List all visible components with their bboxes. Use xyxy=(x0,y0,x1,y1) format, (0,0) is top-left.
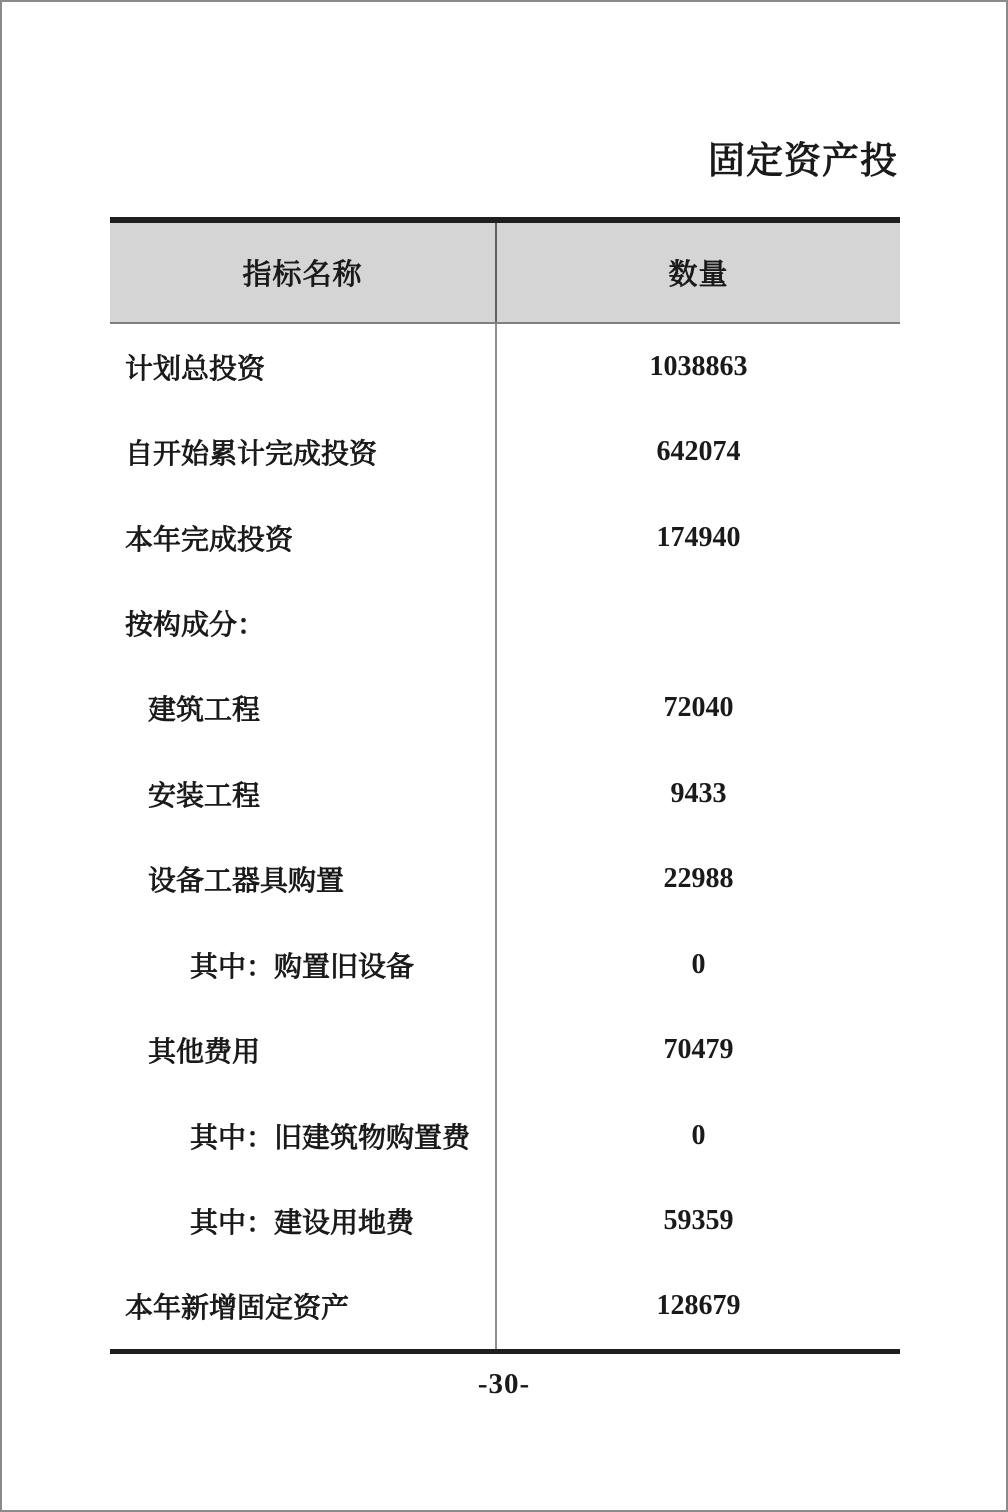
row-label: 本年完成投资 xyxy=(110,495,497,580)
statistics-table: 指标名称 数量 计划总投资 1038863 自开始累计完成投资 642074 本… xyxy=(110,217,900,1354)
page-number: -30- xyxy=(2,1368,1006,1401)
row-label: 其中：购置旧设备 xyxy=(110,922,497,1007)
table-row: 其中：建设用地费 59359 xyxy=(110,1178,900,1263)
document-page: 固定资产投 指标名称 数量 计划总投资 1038863 自开始累计完成投资 64… xyxy=(0,0,1008,1512)
row-label: 自开始累计完成投资 xyxy=(110,409,497,494)
column-header-indicator-name: 指标名称 xyxy=(110,223,497,322)
row-label: 其中：旧建筑物购置费 xyxy=(110,1093,497,1178)
row-label: 安装工程 xyxy=(110,751,497,836)
row-value: 642074 xyxy=(497,409,900,494)
table-row: 计划总投资 1038863 xyxy=(110,324,900,409)
table-row: 自开始累计完成投资 642074 xyxy=(110,409,900,494)
page-title: 固定资产投 xyxy=(708,138,898,186)
row-value: 1038863 xyxy=(497,324,900,409)
row-label: 其中：建设用地费 xyxy=(110,1178,497,1263)
row-value: 9433 xyxy=(497,751,900,836)
row-label: 按构成分： xyxy=(110,580,497,665)
row-value xyxy=(497,580,900,665)
row-value: 70479 xyxy=(497,1007,900,1092)
row-label: 设备工器具购置 xyxy=(110,837,497,922)
table-row: 本年新增固定资产 128679 xyxy=(110,1264,900,1349)
table-row: 建筑工程 72040 xyxy=(110,666,900,751)
table-bottom-rule xyxy=(110,1349,900,1354)
row-label: 其他费用 xyxy=(110,1007,497,1092)
table-row: 按构成分： xyxy=(110,580,900,665)
table-row: 其中：旧建筑物购置费 0 xyxy=(110,1093,900,1178)
table-row: 本年完成投资 174940 xyxy=(110,495,900,580)
column-header-quantity: 数量 xyxy=(497,223,900,322)
table-header-row: 指标名称 数量 xyxy=(110,223,900,324)
table-row: 设备工器具购置 22988 xyxy=(110,837,900,922)
row-value: 128679 xyxy=(497,1264,900,1349)
row-label: 本年新增固定资产 xyxy=(110,1264,497,1349)
row-value: 174940 xyxy=(497,495,900,580)
table-row: 其中：购置旧设备 0 xyxy=(110,922,900,1007)
table-row: 其他费用 70479 xyxy=(110,1007,900,1092)
row-value: 22988 xyxy=(497,837,900,922)
row-value: 72040 xyxy=(497,666,900,751)
table-row: 安装工程 9433 xyxy=(110,751,900,836)
row-value: 59359 xyxy=(497,1178,900,1263)
table-body: 计划总投资 1038863 自开始累计完成投资 642074 本年完成投资 17… xyxy=(110,324,900,1349)
row-value: 0 xyxy=(497,1093,900,1178)
row-value: 0 xyxy=(497,922,900,1007)
row-label: 计划总投资 xyxy=(110,324,497,409)
row-label: 建筑工程 xyxy=(110,666,497,751)
